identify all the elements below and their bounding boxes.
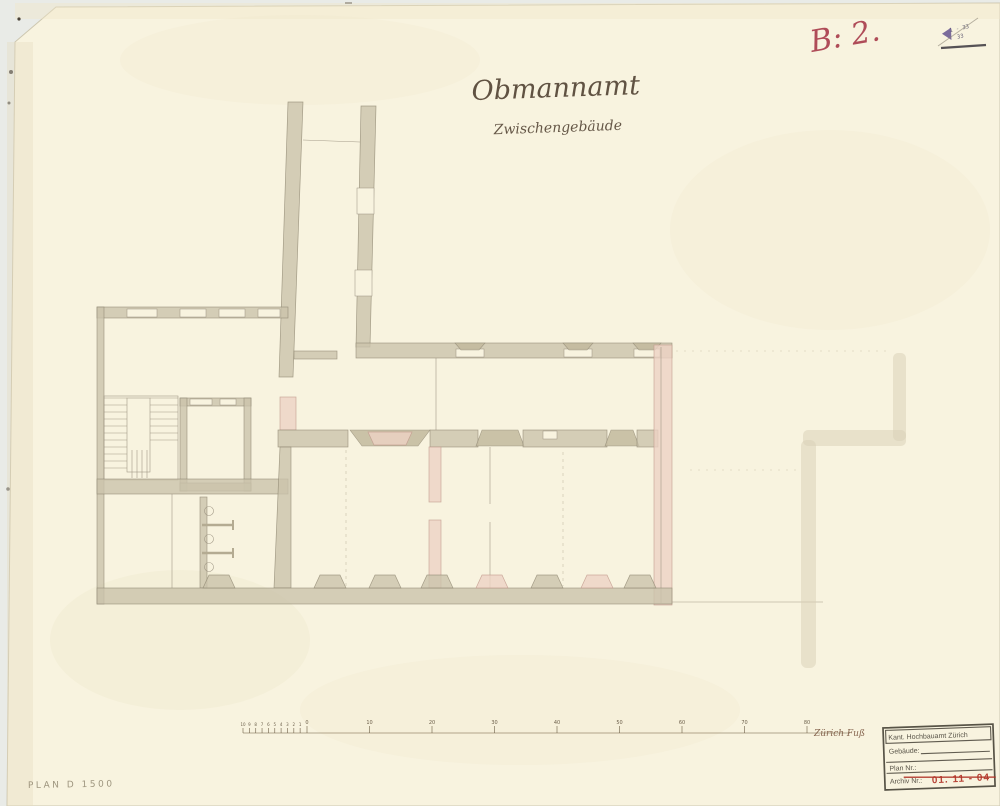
svg-text:3: 3 — [286, 722, 289, 727]
stamp-building-label: Gebäude: — [889, 748, 920, 756]
svg-text:20: 20 — [429, 720, 435, 726]
svg-text:2: 2 — [293, 722, 296, 727]
svg-text:10: 10 — [240, 722, 246, 727]
svg-text:8: 8 — [254, 722, 257, 727]
middle-wall — [278, 430, 658, 447]
svg-text:50: 50 — [616, 720, 622, 726]
svg-text:1: 1 — [299, 722, 302, 727]
east-wall — [654, 345, 672, 605]
svg-text:80: 80 — [804, 720, 810, 726]
plan-title: Obmannamt — [471, 70, 641, 107]
svg-text:7: 7 — [261, 722, 264, 727]
svg-text:40: 40 — [554, 720, 560, 726]
svg-text:70: 70 — [741, 720, 747, 726]
stamp-plan-label: Plan Nr.: — [889, 765, 916, 773]
svg-text:30: 30 — [491, 720, 497, 726]
svg-text:60: 60 — [679, 720, 685, 726]
floor-plan-scan: Obmannamt Zwischengebäude B: 2. 1 - 33 3… — [0, 0, 1000, 806]
svg-text:0: 0 — [305, 720, 308, 726]
stamp-archive-label: Archiv Nr.: — [890, 778, 923, 786]
svg-text:6: 6 — [267, 722, 270, 727]
svg-text:10: 10 — [366, 720, 372, 726]
scanned-plan-sheet: Obmannamt Zwischengebäude B: 2. 1 - 33 3… — [0, 0, 1000, 806]
svg-text:5: 5 — [273, 722, 276, 727]
scale-unit-label: Zürich Fuß — [813, 729, 865, 739]
main-wing-north-wall — [356, 343, 672, 358]
pencil-archive-label: PLAN D 1500 — [28, 779, 115, 791]
